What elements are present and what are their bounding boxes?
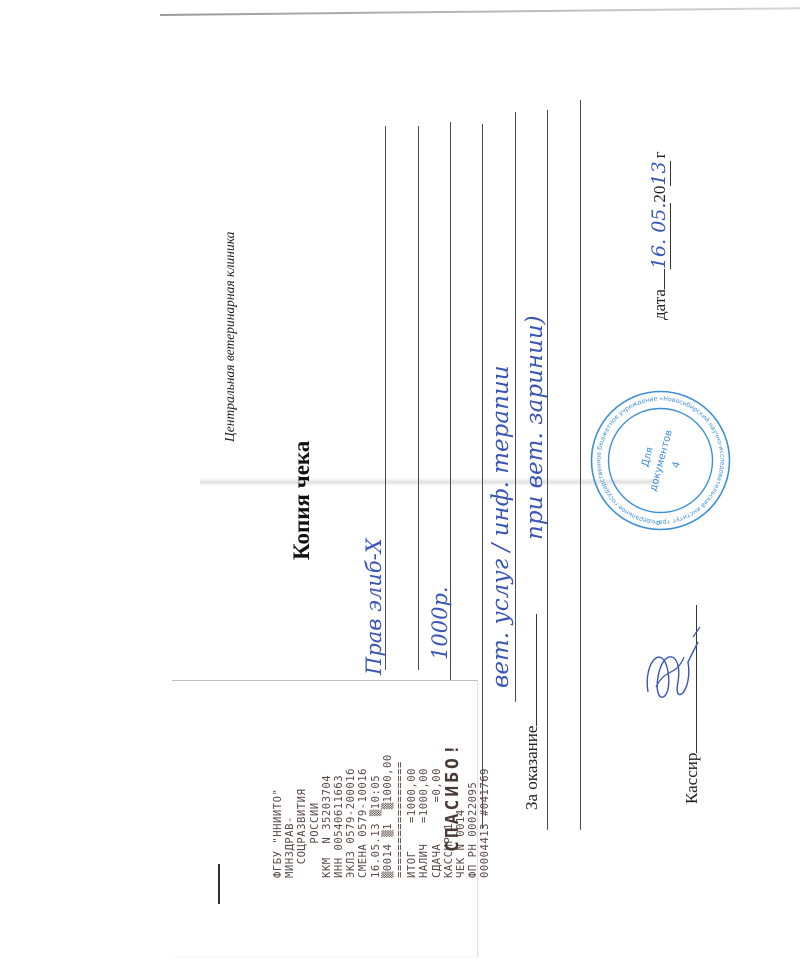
cashier-label: Кассир: [682, 753, 701, 804]
rule-line: [418, 126, 419, 670]
handwritten-line-1: Прав элиб-Х: [362, 538, 386, 675]
receipt-line: ЭКЛЗ 0579-20001б: [345, 754, 357, 878]
receipt-line: 16.05.13 ▒10:05: [370, 754, 382, 878]
stamp-center-number: 4: [671, 460, 683, 469]
cashier-signature: [638, 622, 708, 722]
organization-stamp: Федеральное государственное бюджетное уч…: [588, 388, 733, 533]
year-suffix: 13: [648, 161, 671, 185]
receipt-line: ИТОГ =1000,00: [406, 754, 418, 878]
receipt-line: =================: [394, 754, 406, 878]
stamp-center-line1: Для: [640, 446, 656, 468]
paper-edge: [160, 7, 800, 16]
date-label: дата: [650, 289, 669, 320]
clinic-name: Центральная ветеринарная клиника: [222, 232, 238, 442]
receipt-line: ФГБУ "ННИИТО": [272, 754, 284, 878]
receipt-line: ИНН 005406116б3: [333, 754, 345, 878]
receipt-thanks: СПАСИБО!: [442, 741, 463, 852]
date-field: дата16. 05.2013г: [648, 151, 670, 320]
handwritten-line-2: 1000р.: [428, 586, 452, 660]
receipt-line: МИНЗДРАВ-: [284, 754, 296, 878]
receipt-line: НАЛИЧ =1000,00: [418, 754, 430, 878]
receipt-line: ФП РН 00022095: [467, 754, 479, 878]
handwritten-line-3: вет. услуг / инф. терапии: [488, 365, 514, 688]
receipt-tear-mark: [218, 864, 220, 904]
receipt-line: РОССИИ: [309, 754, 321, 878]
year-prefix: 20: [650, 186, 669, 203]
document-title: Копия чека: [289, 441, 315, 560]
receipt-line: ▒0014 ▒1 ▒1000,00: [382, 754, 394, 878]
rule-line: [482, 124, 483, 829]
rule-line: [515, 112, 516, 702]
receipt-line: 00004413 #041769: [479, 754, 491, 878]
receipt-line: ККМ N 35203704: [321, 754, 333, 878]
rule-line: [580, 100, 581, 830]
receipt-line: СМЕНА 0579-10016: [357, 754, 369, 878]
receipt-line: СОЦРАЗВИТИЯ: [296, 754, 308, 878]
handwritten-line-4: при вет. заринии): [522, 315, 548, 540]
receipt-line: СДАЧА =0,00: [431, 754, 443, 878]
service-label-text: За оказание: [522, 726, 541, 810]
year-unit: г: [650, 151, 669, 158]
service-label: За оказание: [522, 614, 542, 810]
date-value: 16. 05.: [648, 203, 671, 269]
